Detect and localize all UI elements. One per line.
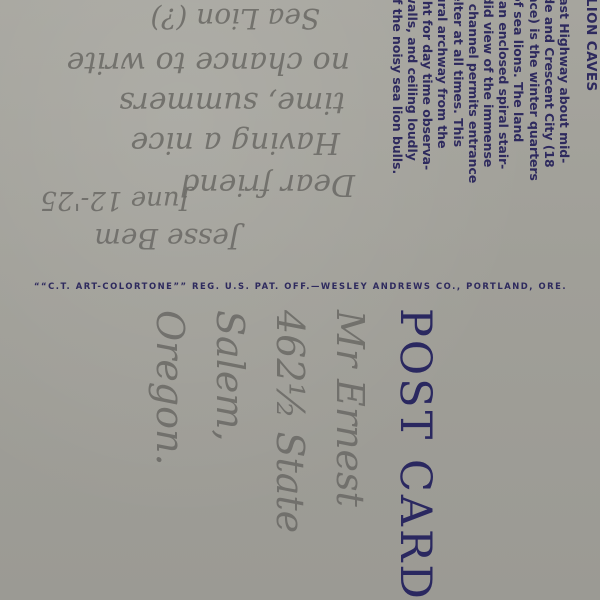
- description-line: or shelter at all times. This: [450, 0, 465, 288]
- address-name: Mr Ernest: [320, 310, 380, 533]
- message-line: no chance to write: [67, 45, 350, 80]
- handwritten-address: Mr Ernest 462½ State Salem, Oregon.: [140, 310, 380, 533]
- description-title: SEA LION CAVES: [582, 0, 600, 288]
- sea-lion-caves-description: SEA LION CAVES on Coast Highway about mi…: [390, 0, 600, 288]
- postcard-back: SEA LION CAVES on Coast Highway about mi…: [0, 0, 600, 600]
- post-card-heading: POST CARD: [390, 308, 440, 600]
- address-street: 462½ State: [260, 310, 320, 533]
- description-line: rock walls, and ceiling loudly: [405, 0, 420, 288]
- message-line: Having a nice: [130, 125, 340, 160]
- address-state: Oregon.: [140, 310, 200, 533]
- message-line: Sea Lion (?): [150, 2, 320, 35]
- description-line: ring of the noisy sea lion bulls.: [390, 0, 405, 288]
- description-line: on Coast Highway about mid-: [557, 0, 572, 288]
- publisher-imprint: ““C.T. ART-COLORTONE”” REG. U.S. PAT. OF…: [34, 281, 567, 291]
- message-date: June 12-'25: [40, 185, 190, 215]
- handwritten-message: Sea Lion (?) no chance to write time, su…: [0, 0, 360, 270]
- message-line: time, summers: [119, 85, 345, 120]
- description-line: ole light for day time observa-: [420, 0, 435, 288]
- description-line: Seaside and Crescent City (18: [542, 0, 557, 288]
- message-signature: Jesse Bem: [94, 222, 240, 255]
- description-line: reds of sea lions. The land: [511, 0, 526, 288]
- description-line: Florence) is the winter quarters: [526, 0, 541, 288]
- address-city: Salem,: [200, 310, 260, 533]
- description-line: ocean channel permits entrance: [466, 0, 481, 288]
- message-line: Dear friend: [180, 167, 355, 202]
- description-line: ed by an enclosed spiral stair-: [496, 0, 511, 288]
- description-line: a natural archway from the: [435, 0, 450, 288]
- description-line: splendid view of the immense: [481, 0, 496, 288]
